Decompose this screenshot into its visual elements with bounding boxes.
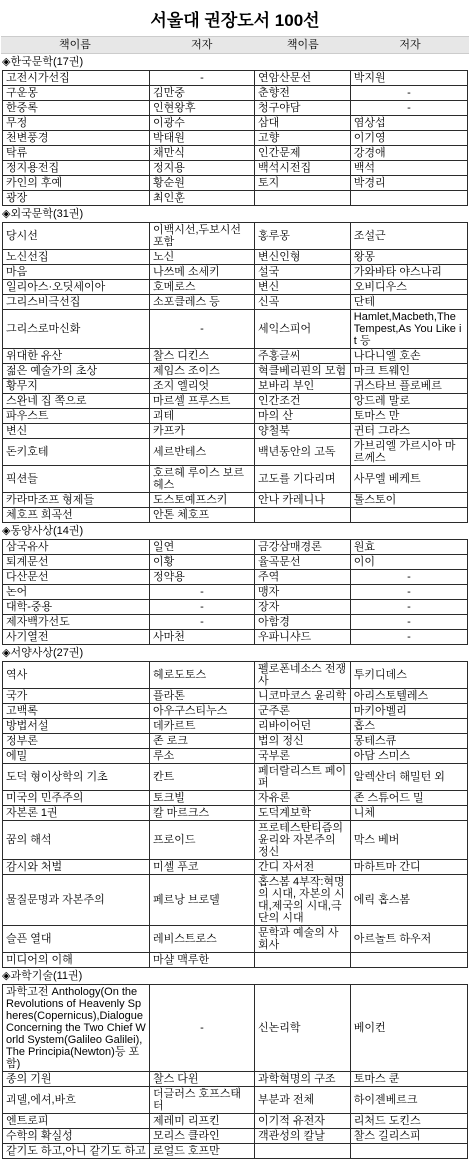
author-cell: 알렉산더 해밀턴 외 — [350, 764, 467, 791]
author-cell: 조설근 — [350, 223, 467, 250]
book-title-cell: 고전시가선집 — [3, 71, 150, 86]
author-cell: 채만식 — [149, 146, 254, 161]
table-row: 방법서설데카르트리바이어던홉스 — [3, 719, 468, 734]
table-row: 마음나쓰메 소세키설국가와바타 야스나리 — [3, 265, 468, 280]
author-cell: 찰스 디킨스 — [149, 349, 254, 364]
author-cell: 존 스튜어드 밀 — [350, 791, 467, 806]
author-cell: 칸트 — [149, 764, 254, 791]
author-cell: 노신 — [149, 250, 254, 265]
book-title-cell: 춘향전 — [255, 86, 351, 101]
section-label: ◈한국문학(17권) — [0, 54, 470, 70]
table-row: 미디어의 이해마샬 맥루한 — [3, 953, 468, 968]
table-row: 논어-맹자- — [3, 585, 468, 600]
table-row: 그리스비극선집소포클레스 등신곡단테 — [3, 295, 468, 310]
table-row: 광장최인훈 — [3, 191, 468, 206]
book-title-cell: 카인의 후예 — [3, 176, 150, 191]
table-row: 삼국유사일연금강삼매경론원효 — [3, 540, 468, 555]
table-row: 한중록인현왕후청구야담- — [3, 101, 468, 116]
table-row: 슬픈 열대레비스트로스문학과 예술의 사회사아르놀트 하우저 — [3, 926, 468, 953]
author-cell: 세르반테스 — [149, 439, 254, 466]
author-cell: 아담 스미스 — [350, 749, 467, 764]
book-title-cell: 천변풍경 — [3, 131, 150, 146]
author-cell: 염상섭 — [350, 116, 467, 131]
book-title-cell: 군주론 — [255, 704, 351, 719]
book-title-cell: 삼대 — [255, 116, 351, 131]
author-cell: - — [350, 600, 467, 615]
section-label: ◈동양사상(14권) — [0, 523, 470, 539]
book-title-cell: 카라마조프 형제들 — [3, 493, 150, 508]
table-row: 자본론 1권칼 마르크스도덕계보학니체 — [3, 806, 468, 821]
author-cell: 찰스 다윈 — [149, 1072, 254, 1087]
author-cell: 도스토예프스키 — [149, 493, 254, 508]
author-cell: 마르셀 프루스트 — [149, 394, 254, 409]
author-cell: 프로이드 — [149, 821, 254, 860]
book-title-cell: 도덕 형이상학의 기초 — [3, 764, 150, 791]
author-cell: 니체 — [350, 806, 467, 821]
table-row: 변신카프카양철북귄터 그라스 — [3, 424, 468, 439]
book-title-cell: 일리아스·오딧세이아 — [3, 280, 150, 295]
table-row: 돈키호테세르반테스백년동안의 고독가브리엘 가르시아 마르께스 — [3, 439, 468, 466]
section-table: 삼국유사일연금강삼매경론원효퇴계문선이황율곡문선이이다산문선정약용주역-논어-맹… — [2, 539, 468, 645]
author-cell: 베이컨 — [350, 985, 467, 1072]
book-title-cell: 미디어의 이해 — [3, 953, 150, 968]
book-title-cell: 퇴계문선 — [3, 555, 150, 570]
author-cell: - — [350, 585, 467, 600]
book-title-cell: 물질문명과 자본주의 — [3, 875, 150, 926]
table-row: 탁류채만식인간문제강경애 — [3, 146, 468, 161]
table-row: 물질문명과 자본주의페르낭 브로델홉스봄 4부작:혁명의 시대, 자본의 시대,… — [3, 875, 468, 926]
book-title-cell: 객관성의 칼날 — [255, 1129, 351, 1144]
book-title-cell: 맹자 — [255, 585, 351, 600]
book-title-cell: 엔트로피 — [3, 1114, 150, 1129]
book-title-cell: 리바이어던 — [255, 719, 351, 734]
book-title-cell: 구운몽 — [3, 86, 150, 101]
section-table: 과학고전 Anthology(On the Revolutions of Hea… — [2, 984, 468, 1159]
book-title-cell — [255, 508, 351, 523]
book-title-cell: 자유론 — [255, 791, 351, 806]
book-title-cell: 종의 기원 — [3, 1072, 150, 1087]
book-title-cell: 방법서설 — [3, 719, 150, 734]
author-cell: 호메로스 — [149, 280, 254, 295]
book-title-cell: 그리스로마신화 — [3, 310, 150, 349]
book-title-cell: 체호프 희곡선 — [3, 508, 150, 523]
book-title-cell: 대학-중용 — [3, 600, 150, 615]
book-title-cell: 감시와 처벌 — [3, 860, 150, 875]
book-title-cell: 우파니샤드 — [255, 630, 351, 645]
book-title-cell: 정부론 — [3, 734, 150, 749]
book-title-cell: 논어 — [3, 585, 150, 600]
book-title-cell: 문학과 예술의 사회사 — [255, 926, 351, 953]
author-cell: 일연 — [149, 540, 254, 555]
book-title-cell: 페더랄리스트 페이퍼 — [255, 764, 351, 791]
table-row: 다산문선정약용주역- — [3, 570, 468, 585]
author-cell: 플라톤 — [149, 689, 254, 704]
book-title-cell: 이기적 유전자 — [255, 1114, 351, 1129]
book-title-cell — [255, 953, 351, 968]
author-cell: 오비디우스 — [350, 280, 467, 295]
table-row: 위대한 유산찰스 디킨스주홍글씨나다니엘 호손 — [3, 349, 468, 364]
author-cell — [350, 191, 467, 206]
author-cell: - — [149, 71, 254, 86]
book-title-cell: 과학혁명의 구조 — [255, 1072, 351, 1087]
author-cell: 찰스 길리스피 — [350, 1129, 467, 1144]
book-title-cell: 황무지 — [3, 379, 150, 394]
section-label: ◈서양사상(27권) — [0, 645, 470, 661]
book-title-cell: 슬픈 열대 — [3, 926, 150, 953]
table-row: 픽션들호르헤 루이스 보르헤스고도를 기다리며사무엘 베케트 — [3, 466, 468, 493]
book-title-cell: 위대한 유산 — [3, 349, 150, 364]
book-title-cell: 돈키호테 — [3, 439, 150, 466]
book-title-cell: 픽션들 — [3, 466, 150, 493]
book-title-cell: 다산문선 — [3, 570, 150, 585]
author-cell: 토마스 만 — [350, 409, 467, 424]
table-row: 파우스트괴테마의 산토마스 만 — [3, 409, 468, 424]
author-cell: 아르놀트 하우저 — [350, 926, 467, 953]
book-title-cell — [255, 191, 351, 206]
author-cell: - — [149, 600, 254, 615]
author-cell: 사마천 — [149, 630, 254, 645]
table-row: 퇴계문선이황율곡문선이이 — [3, 555, 468, 570]
author-cell — [350, 953, 467, 968]
author-cell: - — [350, 86, 467, 101]
author-cell: - — [149, 985, 254, 1072]
author-cell: 홉스 — [350, 719, 467, 734]
author-cell: 마하트마 간디 — [350, 860, 467, 875]
author-cell: - — [149, 310, 254, 349]
author-cell: 가브리엘 가르시아 마르께스 — [350, 439, 467, 466]
book-title-cell: 니코마코스 윤리학 — [255, 689, 351, 704]
table-row: 꿈의 해석프로이드프로테스탄티즘의 윤리와 자본주의 정신막스 베버 — [3, 821, 468, 860]
author-cell: 김만중 — [149, 86, 254, 101]
author-cell: 백석 — [350, 161, 467, 176]
book-title-cell: 고백록 — [3, 704, 150, 719]
author-cell: 막스 베버 — [350, 821, 467, 860]
book-title-cell: 국부론 — [255, 749, 351, 764]
author-cell: 몽테스큐 — [350, 734, 467, 749]
book-title-cell: 양철북 — [255, 424, 351, 439]
section-label: ◈과학기술(11권) — [0, 968, 470, 984]
author-cell: Hamlet,Macbeth,The Tempest,As You Like i… — [350, 310, 467, 349]
book-title-cell: 인간문제 — [255, 146, 351, 161]
table-row: 대학-중용-장자- — [3, 600, 468, 615]
table-row: 역사헤로도토스펠로폰네소스 전쟁사투키디데스 — [3, 662, 468, 689]
author-cell: 이광수 — [149, 116, 254, 131]
book-title-cell: 신곡 — [255, 295, 351, 310]
author-cell: 호르헤 루이스 보르헤스 — [149, 466, 254, 493]
book-title-cell: 무정 — [3, 116, 150, 131]
table-row: 정부론존 로크법의 정신몽테스큐 — [3, 734, 468, 749]
table-row: 카라마조프 형제들도스토예프스키안나 카레니나톨스토이 — [3, 493, 468, 508]
author-cell: 앙드레 말로 — [350, 394, 467, 409]
table-row: 당시선이백시선,두보시선 포함홍루몽조설근 — [3, 223, 468, 250]
author-cell: 제임스 조이스 — [149, 364, 254, 379]
book-title-cell: 보바리 부인 — [255, 379, 351, 394]
author-cell: 가와바타 야스나리 — [350, 265, 467, 280]
author-cell: 데카르트 — [149, 719, 254, 734]
author-cell: 리처드 도킨스 — [350, 1114, 467, 1129]
author-cell: 투키디데스 — [350, 662, 467, 689]
section-table: 고전시가선집-연암산문선박지원구운몽김만중춘향전-한중록인현왕후청구야담-무정이… — [2, 70, 468, 206]
section-table: 역사헤로도토스펠로폰네소스 전쟁사투키디데스국가플라톤니코마코스 윤리학아리스토… — [2, 661, 468, 968]
book-title-cell: 백년동안의 고독 — [255, 439, 351, 466]
author-cell: 아리스토텔레스 — [350, 689, 467, 704]
book-title-cell: 한중록 — [3, 101, 150, 116]
author-cell: 나다니엘 호손 — [350, 349, 467, 364]
author-cell: 박지원 — [350, 71, 467, 86]
author-cell — [350, 1144, 467, 1159]
book-title-cell: 프로테스탄티즘의 윤리와 자본주의 정신 — [255, 821, 351, 860]
book-title-cell: 홉스봄 4부작:혁명의 시대, 자본의 시대,제국의 시대,극단의 시대 — [255, 875, 351, 926]
book-title-cell: 같기도 하고,아니 같기도 하고 — [3, 1144, 150, 1159]
book-title-cell: 사기열전 — [3, 630, 150, 645]
book-title-cell: 세익스피어 — [255, 310, 351, 349]
section-label: ◈외국문학(31권) — [0, 206, 470, 222]
author-cell: 마키아벨리 — [350, 704, 467, 719]
book-title-cell: 그리스비극선집 — [3, 295, 150, 310]
author-cell: 귀스타브 플로베르 — [350, 379, 467, 394]
table-row: 구운몽김만중춘향전- — [3, 86, 468, 101]
book-title-cell: 정지용전집 — [3, 161, 150, 176]
page-title: 서울대 권장도서 100선 — [0, 6, 470, 31]
author-cell: 괴테 — [149, 409, 254, 424]
book-title-cell: 아함경 — [255, 615, 351, 630]
table-row: 도덕 형이상학의 기초칸트페더랄리스트 페이퍼알렉산더 해밀턴 외 — [3, 764, 468, 791]
author-cell: 박태원 — [149, 131, 254, 146]
book-title-cell: 신논리학 — [255, 985, 351, 1072]
table-row: 황무지조지 엘리엇보바리 부인귀스타브 플로베르 — [3, 379, 468, 394]
book-title-cell: 펠로폰네소스 전쟁사 — [255, 662, 351, 689]
author-cell — [350, 508, 467, 523]
table-row: 같기도 하고,아니 같기도 하고로얼드 호프만 — [3, 1144, 468, 1159]
book-title-cell: 인간조건 — [255, 394, 351, 409]
book-title-cell: 간디 자서전 — [255, 860, 351, 875]
author-cell: 조지 엘리엇 — [149, 379, 254, 394]
table-row: 무정이광수삼대염상섭 — [3, 116, 468, 131]
table-row: 괴델,에셔,바흐더글러스 호프스태터부분과 전체하이젠베르크 — [3, 1087, 468, 1114]
table-row: 천변풍경박태원고향이기영 — [3, 131, 468, 146]
column-header-author-1: 저자 — [149, 37, 255, 53]
author-cell: 이이 — [350, 555, 467, 570]
author-cell: 존 로크 — [149, 734, 254, 749]
author-cell: 박경리 — [350, 176, 467, 191]
book-title-cell: 백석시전집 — [255, 161, 351, 176]
book-title-cell: 장자 — [255, 600, 351, 615]
book-title-cell — [255, 1144, 351, 1159]
book-title-cell: 당시선 — [3, 223, 150, 250]
author-cell: - — [350, 101, 467, 116]
book-title-cell: 역사 — [3, 662, 150, 689]
book-title-cell: 법의 정신 — [255, 734, 351, 749]
table-row: 국가플라톤니코마코스 윤리학아리스토텔레스 — [3, 689, 468, 704]
table-row: 종의 기원찰스 다윈과학혁명의 구조토마스 쿤 — [3, 1072, 468, 1087]
author-cell: 강경애 — [350, 146, 467, 161]
book-title-cell: 노신선집 — [3, 250, 150, 265]
author-cell: 귄터 그라스 — [350, 424, 467, 439]
author-cell: 안톤 체호프 — [149, 508, 254, 523]
book-title-cell: 주역 — [255, 570, 351, 585]
book-title-cell: 고향 — [255, 131, 351, 146]
book-title-cell: 제자백가선도 — [3, 615, 150, 630]
author-cell: - — [350, 615, 467, 630]
author-cell: - — [350, 630, 467, 645]
author-cell: 단테 — [350, 295, 467, 310]
author-cell: 모리스 클라인 — [149, 1129, 254, 1144]
book-title-cell: 설국 — [255, 265, 351, 280]
book-title-cell: 탁류 — [3, 146, 150, 161]
table-row: 수학의 확실성모리스 클라인객관성의 칼날찰스 길리스피 — [3, 1129, 468, 1144]
book-title-cell: 광장 — [3, 191, 150, 206]
table-row: 그리스로마신화-세익스피어Hamlet,Macbeth,The Tempest,… — [3, 310, 468, 349]
author-cell: 로얼드 호프만 — [149, 1144, 254, 1159]
book-title-cell: 금강삼매경론 — [255, 540, 351, 555]
book-title-cell: 스완네 집 쪽으로 — [3, 394, 150, 409]
table-row: 제자백가선도-아함경- — [3, 615, 468, 630]
book-title-cell: 변신 — [3, 424, 150, 439]
book-title-cell: 율곡문선 — [255, 555, 351, 570]
author-cell: 미셸 푸코 — [149, 860, 254, 875]
author-cell: 소포클레스 등 — [149, 295, 254, 310]
book-title-cell: 주홍글씨 — [255, 349, 351, 364]
book-title-cell: 홍루몽 — [255, 223, 351, 250]
author-cell: 인현왕후 — [149, 101, 254, 116]
author-cell: 정약용 — [149, 570, 254, 585]
book-title-cell: 자본론 1권 — [3, 806, 150, 821]
table-row: 에밀루소국부론아담 스미스 — [3, 749, 468, 764]
book-title-cell: 마의 산 — [255, 409, 351, 424]
sections-container: ◈한국문학(17권)고전시가선집-연암산문선박지원구운몽김만중춘향전-한중록인현… — [0, 54, 470, 1159]
book-title-cell: 마음 — [3, 265, 150, 280]
book-title-cell: 수학의 확실성 — [3, 1129, 150, 1144]
book-title-cell: 괴델,에셔,바흐 — [3, 1087, 150, 1114]
table-row: 카인의 후예황순원토지박경리 — [3, 176, 468, 191]
book-title-cell: 국가 — [3, 689, 150, 704]
book-title-cell: 연암산문선 — [255, 71, 351, 86]
table-row: 젊은 예술가의 초상제임스 조이스혁클베리핀의 모험마크 트웨인 — [3, 364, 468, 379]
book-title-cell: 혁클베리핀의 모험 — [255, 364, 351, 379]
book-title-cell: 젊은 예술가의 초상 — [3, 364, 150, 379]
author-cell: 마크 트웨인 — [350, 364, 467, 379]
author-cell: 나쓰메 소세키 — [149, 265, 254, 280]
author-cell: 아우구스티누스 — [149, 704, 254, 719]
book-title-cell: 미국의 민주주의 — [3, 791, 150, 806]
author-cell: 루소 — [149, 749, 254, 764]
column-header-book-1: 책이름 — [1, 37, 149, 53]
author-cell: 헤로도토스 — [149, 662, 254, 689]
book-title-cell: 에밀 — [3, 749, 150, 764]
table-row: 정지용전집정지용백석시전집백석 — [3, 161, 468, 176]
table-row: 스완네 집 쪽으로마르셀 프루스트인간조건앙드레 말로 — [3, 394, 468, 409]
column-header-book-2: 책이름 — [255, 37, 351, 53]
book-title-cell: 변신 — [255, 280, 351, 295]
author-cell: 이백시선,두보시선 포함 — [149, 223, 254, 250]
author-cell: 정지용 — [149, 161, 254, 176]
author-cell: 페르낭 브로델 — [149, 875, 254, 926]
author-cell: 이기영 — [350, 131, 467, 146]
author-cell: - — [149, 615, 254, 630]
book-title-cell: 삼국유사 — [3, 540, 150, 555]
author-cell: 제레미 리프킨 — [149, 1114, 254, 1129]
author-cell: - — [350, 570, 467, 585]
book-title-cell: 토지 — [255, 176, 351, 191]
book-title-cell: 과학고전 Anthology(On the Revolutions of Hea… — [3, 985, 150, 1072]
author-cell: 카프카 — [149, 424, 254, 439]
book-title-cell: 안나 카레니나 — [255, 493, 351, 508]
book-title-cell: 청구야담 — [255, 101, 351, 116]
author-cell: 에릭 홉스봄 — [350, 875, 467, 926]
book-title-cell: 파우스트 — [3, 409, 150, 424]
author-cell: 황순원 — [149, 176, 254, 191]
page: 서울대 권장도서 100선 책이름 저자 책이름 저자 ◈한국문학(17권)고전… — [0, 6, 470, 1159]
author-cell: 하이젠베르크 — [350, 1087, 467, 1114]
table-row: 일리아스·오딧세이아호메로스변신오비디우스 — [3, 280, 468, 295]
column-header-row: 책이름 저자 책이름 저자 — [1, 36, 469, 54]
table-row: 고백록아우구스티누스군주론마키아벨리 — [3, 704, 468, 719]
author-cell: 이황 — [149, 555, 254, 570]
table-row: 사기열전사마천우파니샤드- — [3, 630, 468, 645]
book-title-cell: 고도를 기다리며 — [255, 466, 351, 493]
table-row: 감시와 처벌미셸 푸코간디 자서전마하트마 간디 — [3, 860, 468, 875]
author-cell: 더글러스 호프스태터 — [149, 1087, 254, 1114]
table-row: 노신선집노신변신인형왕몽 — [3, 250, 468, 265]
book-title-cell: 도덕계보학 — [255, 806, 351, 821]
book-title-cell: 부분과 전체 — [255, 1087, 351, 1114]
book-title-cell: 변신인형 — [255, 250, 351, 265]
author-cell: 칼 마르크스 — [149, 806, 254, 821]
table-row: 미국의 민주주의토크빌자유론존 스튜어드 밀 — [3, 791, 468, 806]
author-cell: - — [149, 585, 254, 600]
author-cell: 사무엘 베케트 — [350, 466, 467, 493]
author-cell: 마샬 맥루한 — [149, 953, 254, 968]
author-cell: 원효 — [350, 540, 467, 555]
column-header-author-2: 저자 — [351, 37, 469, 53]
book-title-cell: 꿈의 해석 — [3, 821, 150, 860]
table-row: 엔트로피제레미 리프킨이기적 유전자리처드 도킨스 — [3, 1114, 468, 1129]
author-cell: 레비스트로스 — [149, 926, 254, 953]
section-table: 당시선이백시선,두보시선 포함홍루몽조설근노신선집노신변신인형왕몽마음나쓰메 소… — [2, 222, 468, 523]
table-row: 체호프 희곡선안톤 체호프 — [3, 508, 468, 523]
author-cell: 톨스토이 — [350, 493, 467, 508]
author-cell: 토크빌 — [149, 791, 254, 806]
author-cell: 토마스 쿤 — [350, 1072, 467, 1087]
author-cell: 최인훈 — [149, 191, 254, 206]
table-row: 고전시가선집-연암산문선박지원 — [3, 71, 468, 86]
author-cell: 왕몽 — [350, 250, 467, 265]
table-row: 과학고전 Anthology(On the Revolutions of Hea… — [3, 985, 468, 1072]
